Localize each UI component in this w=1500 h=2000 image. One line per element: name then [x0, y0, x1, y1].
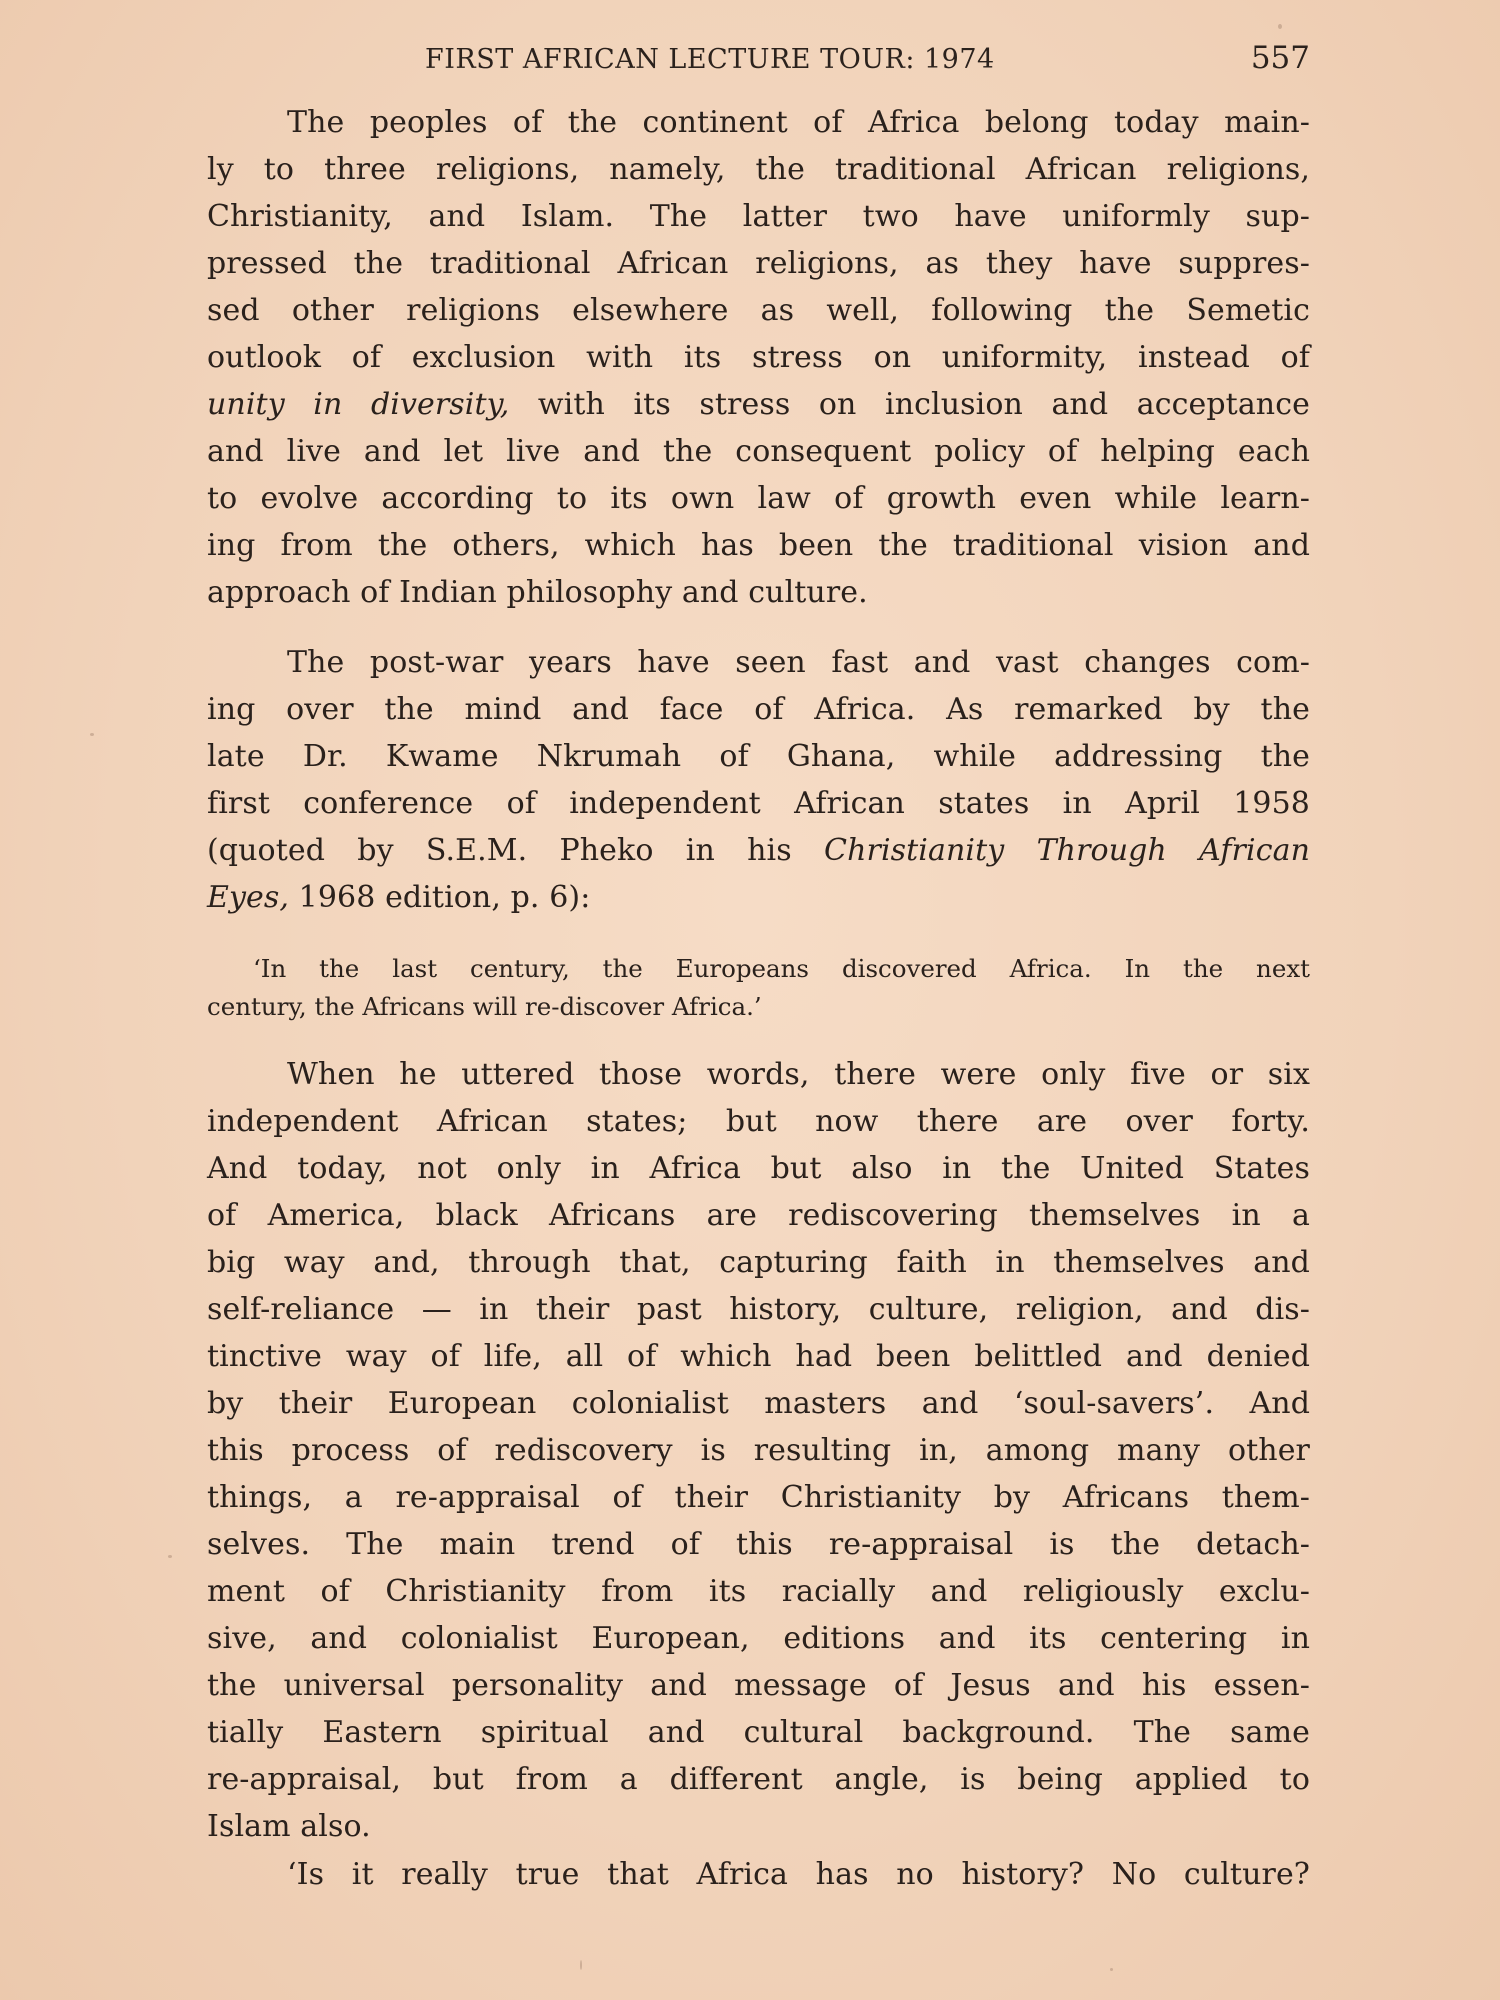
- text-line: unity in diversity, with its stress on i…: [207, 382, 1310, 428]
- text-line: Islam also.: [207, 1804, 1310, 1850]
- text-line: this process of rediscovery is resulting…: [207, 1428, 1310, 1474]
- text-line: And today, not only in Africa but also i…: [207, 1146, 1310, 1192]
- paper-speck: [168, 1555, 172, 1558]
- text-line: by their European colonialist masters an…: [207, 1381, 1310, 1427]
- italic-phrase: unity in diversity,: [207, 387, 509, 422]
- italic-book-title: Eyes,: [207, 880, 289, 915]
- text-line: late Dr. Kwame Nkrumah of Ghana, while a…: [207, 734, 1310, 780]
- text-line: first conference of independent African …: [207, 781, 1310, 827]
- text-line: tinctive way of life, all of which had b…: [207, 1334, 1310, 1380]
- paper-speck: [90, 733, 94, 736]
- paper-speck: [580, 1960, 582, 1970]
- text-line: outlook of exclusion with its stress on …: [207, 335, 1310, 381]
- running-header: FIRST AFRICAN LECTURE TOUR: 1974 557: [207, 38, 1310, 88]
- text-line: big way and, through that, capturing fai…: [207, 1240, 1310, 1286]
- text-line: ment of Christianity from its racially a…: [207, 1569, 1310, 1615]
- italic-book-title: Christianity Through African: [824, 833, 1310, 868]
- text-line: independent African states; but now ther…: [207, 1099, 1310, 1145]
- text-fragment: 1968 edition, p. 6):: [289, 880, 590, 915]
- page-number: 557: [1251, 40, 1310, 76]
- text-line: selves. The main trend of this re-apprai…: [207, 1522, 1310, 1568]
- text-line: re-appraisal, but from a different angle…: [207, 1757, 1310, 1803]
- text-line: sive, and colonialist European, editions…: [207, 1616, 1310, 1662]
- text-line: ly to three religions, namely, the tradi…: [207, 147, 1310, 193]
- text-line: ing from the others, which has been the …: [207, 523, 1310, 569]
- text-line: of America, black Africans are rediscove…: [207, 1193, 1310, 1239]
- text-line: tially Eastern spiritual and cultural ba…: [207, 1710, 1310, 1756]
- text-fragment: (quoted by S.E.M. Pheko in his: [207, 833, 824, 868]
- text-line: Christianity, and Islam. The latter two …: [207, 194, 1310, 240]
- text-line: self-reliance — in their past history, c…: [207, 1287, 1310, 1333]
- text-line: (quoted by S.E.M. Pheko in his Christian…: [207, 828, 1310, 874]
- quote-line: ‘In the last century, the Europeans disc…: [253, 950, 1310, 988]
- text-line: approach of Indian philosophy and cultur…: [207, 570, 1310, 616]
- text-line: things, a re-appraisal of their Christia…: [207, 1475, 1310, 1521]
- quote-line: century, the Africans will re-discover A…: [207, 988, 1310, 1026]
- running-title: FIRST AFRICAN LECTURE TOUR: 1974: [425, 44, 995, 75]
- text-fragment: with its stress on inclusion and accepta…: [509, 387, 1310, 422]
- text-line: the universal personality and message of…: [207, 1663, 1310, 1709]
- text-line: The peoples of the continent of Africa b…: [287, 100, 1310, 146]
- text-line: When he uttered those words, there were …: [287, 1052, 1310, 1098]
- paper-speck: [1110, 1968, 1113, 1971]
- text-line: The post-war years have seen fast and va…: [287, 640, 1310, 686]
- text-line: and live and let live and the consequent…: [207, 429, 1310, 475]
- text-line: sed other religions elsewhere as well, f…: [207, 288, 1310, 334]
- text-line: pressed the traditional African religion…: [207, 241, 1310, 287]
- text-line: ing over the mind and face of Africa. As…: [207, 687, 1310, 733]
- text-line: ‘Is it really true that Africa has no hi…: [287, 1852, 1310, 1898]
- text-line: Eyes, 1968 edition, p. 6):: [207, 875, 1310, 921]
- paper-speck: [1278, 24, 1282, 29]
- text-line: to evolve according to its own law of gr…: [207, 476, 1310, 522]
